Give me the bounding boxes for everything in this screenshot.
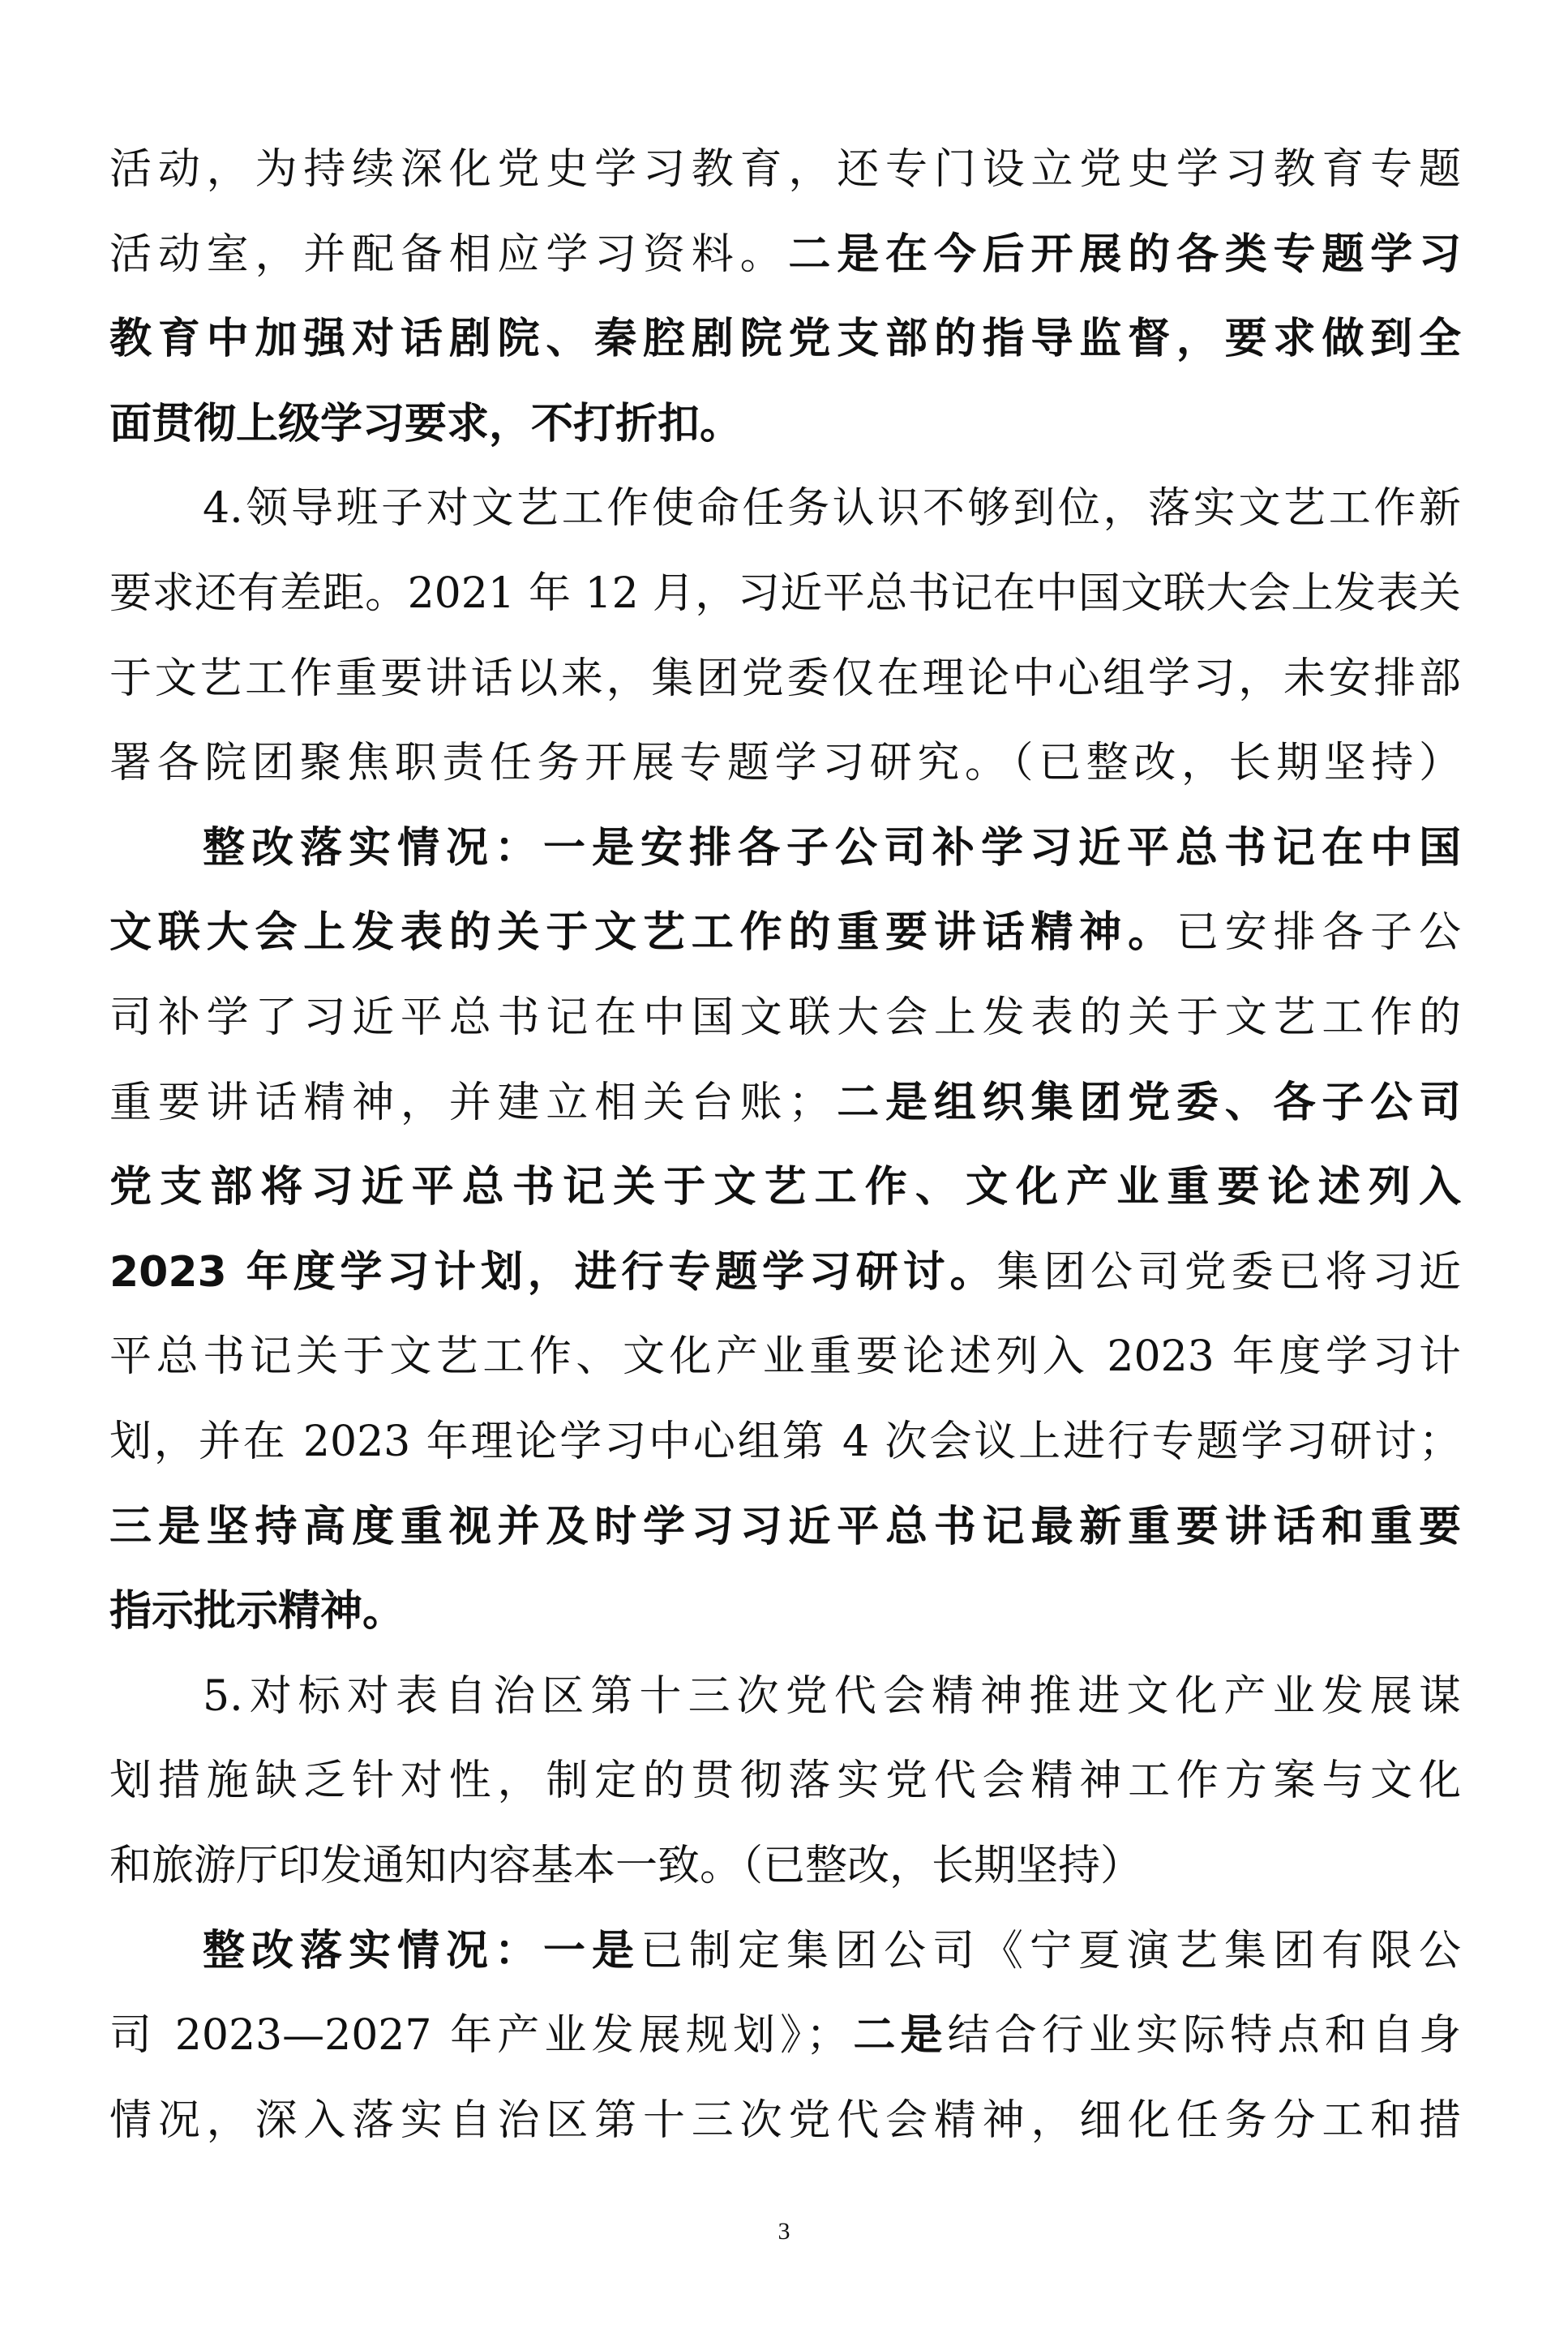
text-line: 于文艺工作重要讲话以来，集团党委仅在理论中心组学习，未安排部 bbox=[109, 637, 1461, 721]
paragraph-first-line: 整改落实情况：一是安排各子公司补学习近平总书记在中国 bbox=[203, 806, 1461, 890]
text-line: 和旅游厅印发通知内容基本一致。（已整改，长期坚持） bbox=[109, 1824, 1461, 1908]
text-line: 署各院团聚焦职责任务开展专题学习研究。（已整改，长期坚持） bbox=[109, 721, 1461, 805]
text-line: 要求还有差距。2021 年 12 月，习近平总书记在中国文联大会上发表关 bbox=[109, 551, 1461, 636]
text-line: 活动，为持续深化党史学习教育，还专门设立党史学习教育专题 bbox=[109, 127, 1461, 212]
text-line: 文联大会上发表的关于文艺工作的重要讲话精神。已安排各子公 bbox=[109, 890, 1461, 975]
bold-text-segment: 文联大会上发表的关于文艺工作的重要讲话精神。 bbox=[109, 908, 1176, 957]
text-line: 三是坚持高度重视并及时学习习近平总书记最新重要讲话和重要 bbox=[109, 1485, 1461, 1569]
bold-text-segment: 三是坚持高度重视并及时学习习近平总书记最新重要讲话和重要 bbox=[109, 1503, 1461, 1551]
text-segment: 情况，深入落实自治区第十三次党代会精神，细化任务分工和措 bbox=[109, 2096, 1461, 2145]
text-segment: 平总书记关于文艺工作、文化产业重要论述列入 2023 年度学习计 bbox=[109, 1332, 1461, 1381]
bold-text-segment: 二是 bbox=[848, 2011, 947, 2060]
text-line: 2023 年度学习计划，进行专题学习研讨。集团公司党委已将习近 bbox=[109, 1230, 1461, 1315]
paragraph-first-line: 整改落实情况：一是已制定集团公司《宁夏演艺集团有限公 bbox=[203, 1909, 1461, 1993]
bold-text-segment: 教育中加强对话剧院、秦腔剧院党支部的指导监督，要求做到全 bbox=[109, 315, 1461, 363]
text-segment: 司 2023—2027 年产业发展规划》； bbox=[109, 2011, 848, 2060]
text-line: 情况，深入落实自治区第十三次党代会精神，细化任务分工和措 bbox=[109, 2078, 1461, 2163]
text-segment: 司补学了习近平总书记在中国文联大会上发表的关于文艺工作的 bbox=[109, 993, 1461, 1042]
text-line: 平总书记关于文艺工作、文化产业重要论述列入 2023 年度学习计 bbox=[109, 1315, 1461, 1399]
text-segment: 4.领导班子对文艺工作使命任务认识不够到位，落实文艺工作新 bbox=[203, 484, 1461, 533]
text-segment: 和旅游厅印发通知内容基本一致。（已整改，长期坚持） bbox=[109, 1842, 1142, 1890]
paragraph-first-line: 4.领导班子对文艺工作使命任务认识不够到位，落实文艺工作新 bbox=[203, 466, 1461, 551]
text-segment: 署各院团聚焦职责任务开展专题学习研究。（已整改，长期坚持） bbox=[109, 739, 1461, 787]
bold-text-segment: 面贯彻上级学习要求，不打折扣。 bbox=[109, 400, 742, 448]
text-segment: 要求还有差距。2021 年 12 月，习近平总书记在中国文联大会上发表关 bbox=[109, 569, 1461, 618]
text-segment: 已安排各子公 bbox=[1176, 908, 1461, 957]
text-segment: 重要讲话精神，并建立相关台账； bbox=[109, 1079, 830, 1127]
text-line: 划措施缺乏针对性，制定的贯彻落实党代会精神工作方案与文化 bbox=[109, 1739, 1461, 1823]
text-line: 面贯彻上级学习要求，不打折扣。 bbox=[109, 382, 1461, 466]
text-segment: 集团公司党委已将习近 bbox=[996, 1248, 1461, 1297]
page-number: 3 bbox=[770, 2215, 798, 2248]
bold-text-segment: 整改落实情况：一是安排各子公司补学习近平总书记在中国 bbox=[203, 824, 1461, 873]
text-segment: 结合行业实际特点和自身 bbox=[948, 2011, 1461, 2060]
text-line: 司 2023—2027 年产业发展规划》；二是结合行业实际特点和自身 bbox=[109, 1993, 1461, 2078]
text-line: 教育中加强对话剧院、秦腔剧院党支部的指导监督，要求做到全 bbox=[109, 297, 1461, 381]
text-line: 划，并在 2023 年理论学习中心组第 4 次会议上进行专题学习研讨； bbox=[109, 1400, 1461, 1484]
text-line: 司补学了习近平总书记在中国文联大会上发表的关于文艺工作的 bbox=[109, 976, 1461, 1060]
text-segment: 5.对标对表自治区第十三次党代会精神推进文化产业发展谋 bbox=[203, 1672, 1461, 1721]
paragraph-first-line: 5.对标对表自治区第十三次党代会精神推进文化产业发展谋 bbox=[203, 1654, 1461, 1739]
text-line: 重要讲话精神，并建立相关台账；二是组织集团党委、各子公司 bbox=[109, 1061, 1461, 1145]
text-segment: 划措施缺乏针对性，制定的贯彻落实党代会精神工作方案与文化 bbox=[109, 1756, 1461, 1805]
text-segment: 活动室，并配备相应学习资料。 bbox=[109, 230, 788, 279]
text-line: 党支部将习近平总书记关于文艺工作、文化产业重要论述列入 bbox=[109, 1145, 1461, 1229]
bold-text-segment: 二是组织集团党委、各子公司 bbox=[830, 1079, 1461, 1127]
document-page: 活动，为持续深化党史学习教育，还专门设立党史学习教育专题活动室，并配备相应学习资… bbox=[0, 0, 1568, 2342]
bold-text-segment: 整改落实情况：一是 bbox=[203, 1927, 640, 1975]
bold-text-segment: 党支部将习近平总书记关于文艺工作、文化产业重要论述列入 bbox=[109, 1163, 1461, 1212]
text-line: 指示批示精神。 bbox=[109, 1569, 1461, 1654]
text-segment: 划，并在 2023 年理论学习中心组第 4 次会议上进行专题学习研讨； bbox=[109, 1418, 1461, 1466]
bold-text-segment: 二是在今后开展的各类专题学习 bbox=[788, 230, 1461, 279]
text-segment: 活动，为持续深化党史学习教育，还专门设立党史学习教育专题 bbox=[109, 145, 1461, 194]
bold-text-segment: 指示批示精神。 bbox=[109, 1587, 405, 1636]
text-line: 活动室，并配备相应学习资料。二是在今后开展的各类专题学习 bbox=[109, 212, 1461, 297]
text-segment: 于文艺工作重要讲话以来，集团党委仅在理论中心组学习，未安排部 bbox=[109, 654, 1461, 703]
text-segment: 已制定集团公司《宁夏演艺集团有限公 bbox=[640, 1927, 1461, 1975]
bold-text-segment: 2023 年度学习计划，进行专题学习研讨。 bbox=[109, 1248, 996, 1297]
